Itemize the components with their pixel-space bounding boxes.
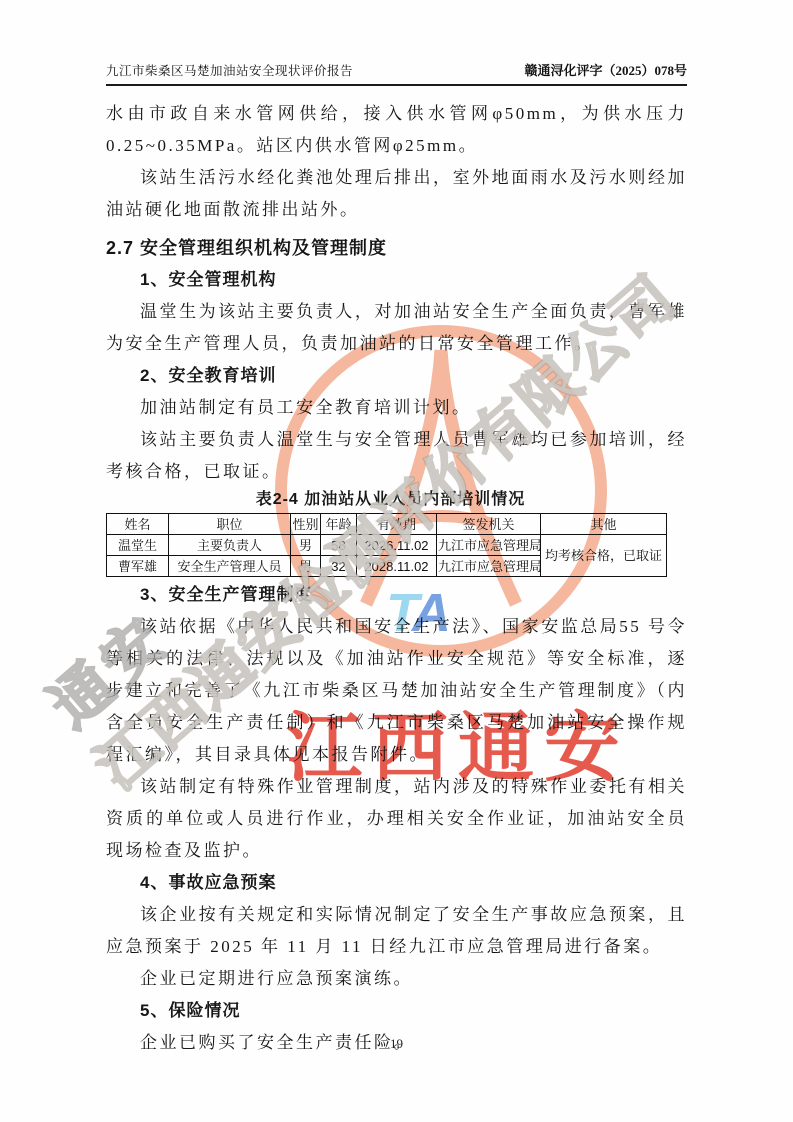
table-caption: 表2-4 加油站从业人员内部培训情况	[94, 488, 687, 512]
table-cell-name: 曹军雄	[107, 556, 169, 577]
paragraph-emergency-2: 企业已定期进行应急预案演练。	[106, 963, 687, 995]
table-cell-age: 58	[321, 535, 357, 556]
col-header-authority: 签发机关	[437, 514, 541, 535]
table-cell-validity: 2028.11.02	[357, 556, 437, 577]
paragraph-system-1: 该站依据《中华人民共和国安全生产法》、国家安监总局55 号令等相关的法律、法规以…	[106, 611, 687, 771]
table-cell-authority: 九江市应急管理局	[437, 556, 541, 577]
document-body: 水由市政自来水管网供给，接入供水管网φ50mm，为供水压力0.25~0.35MP…	[106, 98, 687, 1059]
col-header-age: 年龄	[321, 514, 357, 535]
col-header-position: 职位	[169, 514, 291, 535]
paragraph-water-supply: 水由市政自来水管网供给，接入供水管网φ50mm，为供水压力0.25~0.35MP…	[106, 98, 687, 162]
document-page: TA 江西通安 九江市柴桑区马楚加油站安全现状评价报告 赣通浔化评字（2025）…	[0, 0, 793, 1122]
table-cell-other-merged: 均考核合格，已取证	[541, 535, 667, 577]
report-title: 九江市柴桑区马楚加油站安全现状评价报告	[106, 61, 353, 79]
subheading-5-insurance: 5、保险情况	[106, 995, 687, 1027]
table-cell-name: 温堂生	[107, 535, 169, 556]
training-table: 姓名 职位 性别 年龄 有效期 签发机关 其他 温堂生 主要负责人 男 58 2…	[106, 513, 667, 577]
col-header-other: 其他	[541, 514, 667, 535]
page-number: 19	[0, 1036, 793, 1052]
paragraph-org: 温堂生为该站主要负责人，对加油站安全生产全面负责，曹军雄为安全生产管理人员，负责…	[106, 296, 687, 360]
paragraph-training-plan: 加油站制定有员工安全教育培训计划。	[106, 392, 687, 424]
paragraph-sewage: 该站生活污水经化粪池处理后排出，室外地面雨水及污水则经加油站硬化地面散流排出站外…	[106, 162, 687, 226]
table-cell-gender: 男	[291, 556, 321, 577]
section-heading-2-7: 2.7 安全管理组织机构及管理制度	[106, 232, 687, 264]
paragraph-system-2: 该站制定有特殊作业管理制度，站内涉及的特殊作业委托有相关资质的单位或人员进行作业…	[106, 771, 687, 867]
document-code: 赣通浔化评字（2025）078号	[524, 60, 687, 79]
table-cell-age: 32	[321, 556, 357, 577]
table-cell-position: 主要负责人	[169, 535, 291, 556]
page-header: 九江市柴桑区马楚加油站安全现状评价报告 赣通浔化评字（2025）078号	[106, 60, 687, 86]
subheading-4-emergency-plan: 4、事故应急预案	[106, 867, 687, 899]
col-header-gender: 性别	[291, 514, 321, 535]
table-cell-validity: 2026.11.02	[357, 535, 437, 556]
subheading-1-safety-org: 1、安全管理机构	[106, 264, 687, 296]
subheading-3-management-system: 3、安全生产管理制度	[106, 579, 687, 611]
table-row: 温堂生 主要负责人 男 58 2026.11.02 九江市应急管理局 均考核合格…	[107, 535, 667, 556]
subheading-2-safety-training: 2、安全教育培训	[106, 360, 687, 392]
col-header-name: 姓名	[107, 514, 169, 535]
table-cell-position: 安全生产管理人员	[169, 556, 291, 577]
table-cell-gender: 男	[291, 535, 321, 556]
paragraph-emergency-1: 该企业按有关规定和实际情况制定了安全生产事故应急预案，且应急预案于 2025 年…	[106, 899, 687, 963]
table-header-row: 姓名 职位 性别 年龄 有效期 签发机关 其他	[107, 514, 667, 535]
paragraph-training-status: 该站主要负责人温堂生与安全管理人员曹军雄均已参加培训，经考核合格，已取证。	[106, 424, 687, 488]
table-cell-authority: 九江市应急管理局	[437, 535, 541, 556]
col-header-validity: 有效期	[357, 514, 437, 535]
